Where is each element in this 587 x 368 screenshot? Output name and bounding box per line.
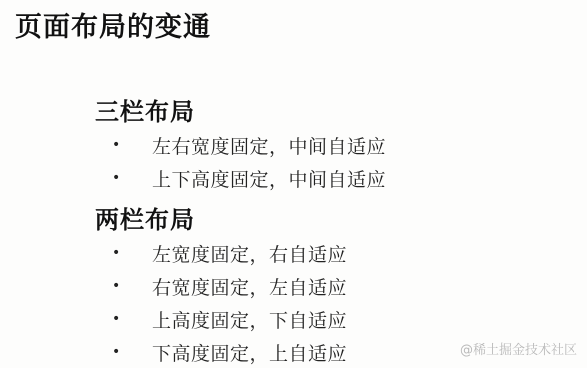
- section-heading-two-column: 两栏布局: [95, 200, 195, 235]
- list-item: • 上下高度固定，中间自适应: [112, 163, 386, 193]
- list-item: • 左宽度固定，右自适应: [112, 238, 347, 268]
- list-item-text: 下高度固定，上自适应: [152, 339, 347, 366]
- list-item: • 下高度固定，上自适应: [112, 337, 347, 367]
- page-title: 页面布局的变通: [15, 5, 211, 44]
- list-item: • 右宽度固定，左自适应: [112, 271, 347, 301]
- bullet-icon: •: [112, 245, 152, 261]
- bullet-icon: •: [112, 344, 152, 360]
- list-item-text: 左右宽度固定，中间自适应: [152, 132, 386, 159]
- bullet-icon: •: [112, 278, 152, 294]
- list-item-text: 上高度固定，下自适应: [152, 306, 347, 333]
- bullet-icon: •: [112, 311, 152, 327]
- list-item: • 上高度固定，下自适应: [112, 304, 347, 334]
- section-heading-three-column: 三栏布局: [95, 92, 195, 127]
- watermark: @稀土掘金技术社区: [460, 339, 577, 358]
- list-item: • 左右宽度固定，中间自适应: [112, 130, 386, 160]
- list-item-text: 上下高度固定，中间自适应: [152, 165, 386, 192]
- list-item-text: 右宽度固定，左自适应: [152, 273, 347, 300]
- bullet-icon: •: [112, 170, 152, 186]
- list-item-text: 左宽度固定，右自适应: [152, 240, 347, 267]
- bullet-icon: •: [112, 137, 152, 153]
